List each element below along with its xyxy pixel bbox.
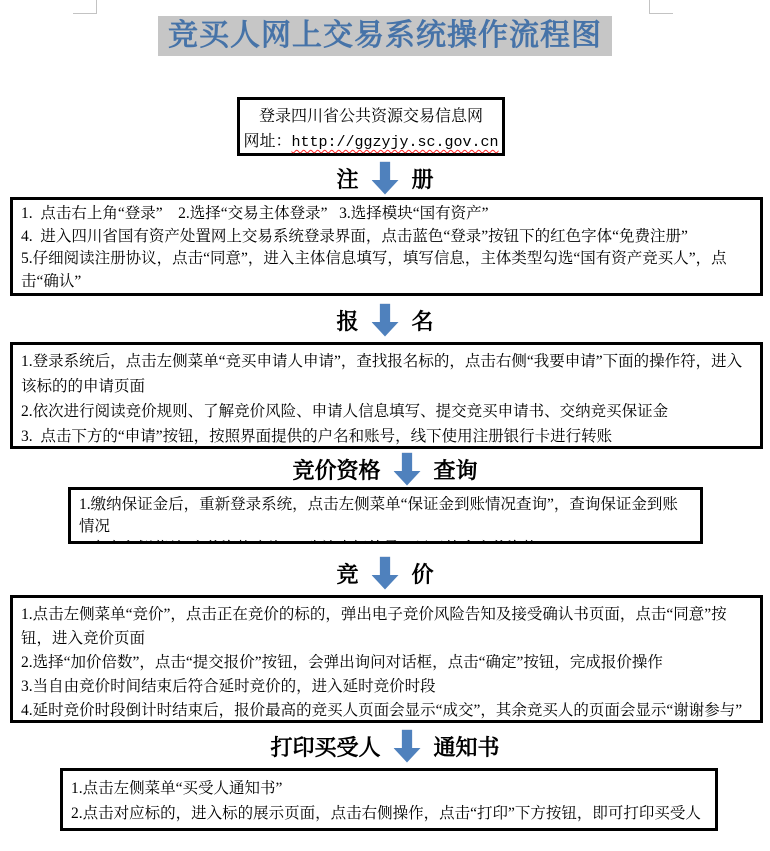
margin-crop-mark [73,13,97,14]
step-line: 2.点击对应标的，进入标的展示页面，点击右侧操作，点击“打印”下方按钮，即可打印… [71,801,707,831]
site-name: 登录四川省公共资源交易信息网 [240,104,502,129]
stage-label-bidding-left: 竞 [336,558,358,589]
step-line: 3. 点击下方的“申请”按钮，按照界面提供的户名和账号，线下使用注册银行卡进行转… [21,424,752,449]
step-line: 1.登录系统后，点击左侧菜单“竞买申请人申请”，查找报名标的，点击右侧“我要申请… [21,349,752,399]
step-line: 2.选择“加价倍数”，点击“提交报价”按钮，会弹出询问对话框，点击“确定”按钮，… [21,651,752,675]
step-line: 3.当自由竞价时间结束后符合延时竞价的，进入延时竞价时段 [21,675,752,699]
stage-row-qualification: 竞价资格 查询 [0,450,770,488]
step-box-signup: 1.登录系统后，点击左侧菜单“竞买申请人申请”，查找报名标的，点击右侧“我要申请… [10,342,763,449]
step-line: 1.点击左侧菜单“买受人通知书” [71,776,707,801]
step-line: 1. 点击右上角“登录” 2.选择“交易主体登录” 3.选择模块“国有资产” [21,203,752,226]
stage-label-signup-right: 名 [412,305,434,336]
down-arrow-icon [372,557,399,590]
stage-label-signup-left: 报 [336,305,358,336]
stage-row-register: 注 册 [0,160,770,196]
step-box-qualification: 1.缴纳保证金后，重新登录系统，点击左侧菜单“保证金到账情况查询”，查询保证金到… [68,487,703,544]
step-line: 2.依次进行阅读竞价规则、了解竞价风险、申请人信息填写、提交竞买申请书、交纳竞买… [21,399,752,424]
title-row: 竞买人网上交易系统操作流程图 [0,16,770,56]
step-line: 6.注册成功后，使用用户名和密码重新登录，点击“修改信息”完善信息、点击“电子件… [21,293,752,296]
page-title: 竞买人网上交易系统操作流程图 [158,16,612,56]
url-line: 网址：http://ggzyjy.sc.gov.cn [240,129,502,155]
step-line: 1.缴纳保证金后，重新登录系统，点击左侧菜单“保证金到账情况查询”，查询保证金到… [79,494,692,538]
step-line-clipped: 2.点击左侧菜单“竞价资格查询”，确认本标的号，显示符合竞价资格 [79,538,692,544]
down-arrow-icon [372,304,399,337]
stage-label-qualification-left: 竞价资格 [292,454,380,485]
stage-row-bidding: 竞 价 [0,554,770,592]
stage-label-print-left: 打印买受人 [270,731,380,762]
stage-label-print-right: 通知书 [434,731,500,762]
step-box-bidding: 1.点击左侧菜单“竞价”，点击正在竞价的标的，弹出电子竞价风险告知及接受确认书页… [10,595,763,723]
margin-crop-mark [649,13,673,14]
step-line: 5.仔细阅读注册协议，点击“同意”，进入主体信息填写，填写信息，主体类型勾选“国… [21,248,752,293]
stage-label-qualification-right: 查询 [434,454,478,485]
margin-crop-mark [649,0,650,14]
down-arrow-icon [394,730,421,763]
stage-label-register-right: 册 [412,163,434,194]
url-label: 网址： [243,133,291,150]
down-arrow-icon [372,162,399,195]
start-box-website: 登录四川省公共资源交易信息网 网址：http://ggzyjy.sc.gov.c… [237,97,505,156]
stage-row-print-notice: 打印买受人 通知书 [0,726,770,766]
step-line: 1.点击左侧菜单“竞价”，点击正在竞价的标的，弹出电子竞价风险告知及接受确认书页… [21,603,752,651]
stage-row-signup: 报 名 [0,301,770,339]
stage-label-register-left: 注 [336,163,358,194]
down-arrow-icon [394,453,421,486]
url-text: http://ggzyjy.sc.gov.cn [291,134,498,151]
margin-crop-mark [96,0,97,14]
stage-label-bidding-right: 价 [412,558,434,589]
step-line: 4. 进入四川省国有资产处置网上交易系统登录界面，点击蓝色“登录”按钮下的红色字… [21,226,752,249]
step-box-print-notice: 1.点击左侧菜单“买受人通知书” 2.点击对应标的，进入标的展示页面，点击右侧操… [60,768,718,831]
document-page: 竞买人网上交易系统操作流程图 登录四川省公共资源交易信息网 网址：http://… [0,0,770,851]
step-line: 4.延时竞价时段倒计时结束后，报价最高的竞买人页面会显示“成交”，其余竞买人的页… [21,699,752,723]
step-box-register: 1. 点击右上角“登录” 2.选择“交易主体登录” 3.选择模块“国有资产” 4… [10,197,763,296]
